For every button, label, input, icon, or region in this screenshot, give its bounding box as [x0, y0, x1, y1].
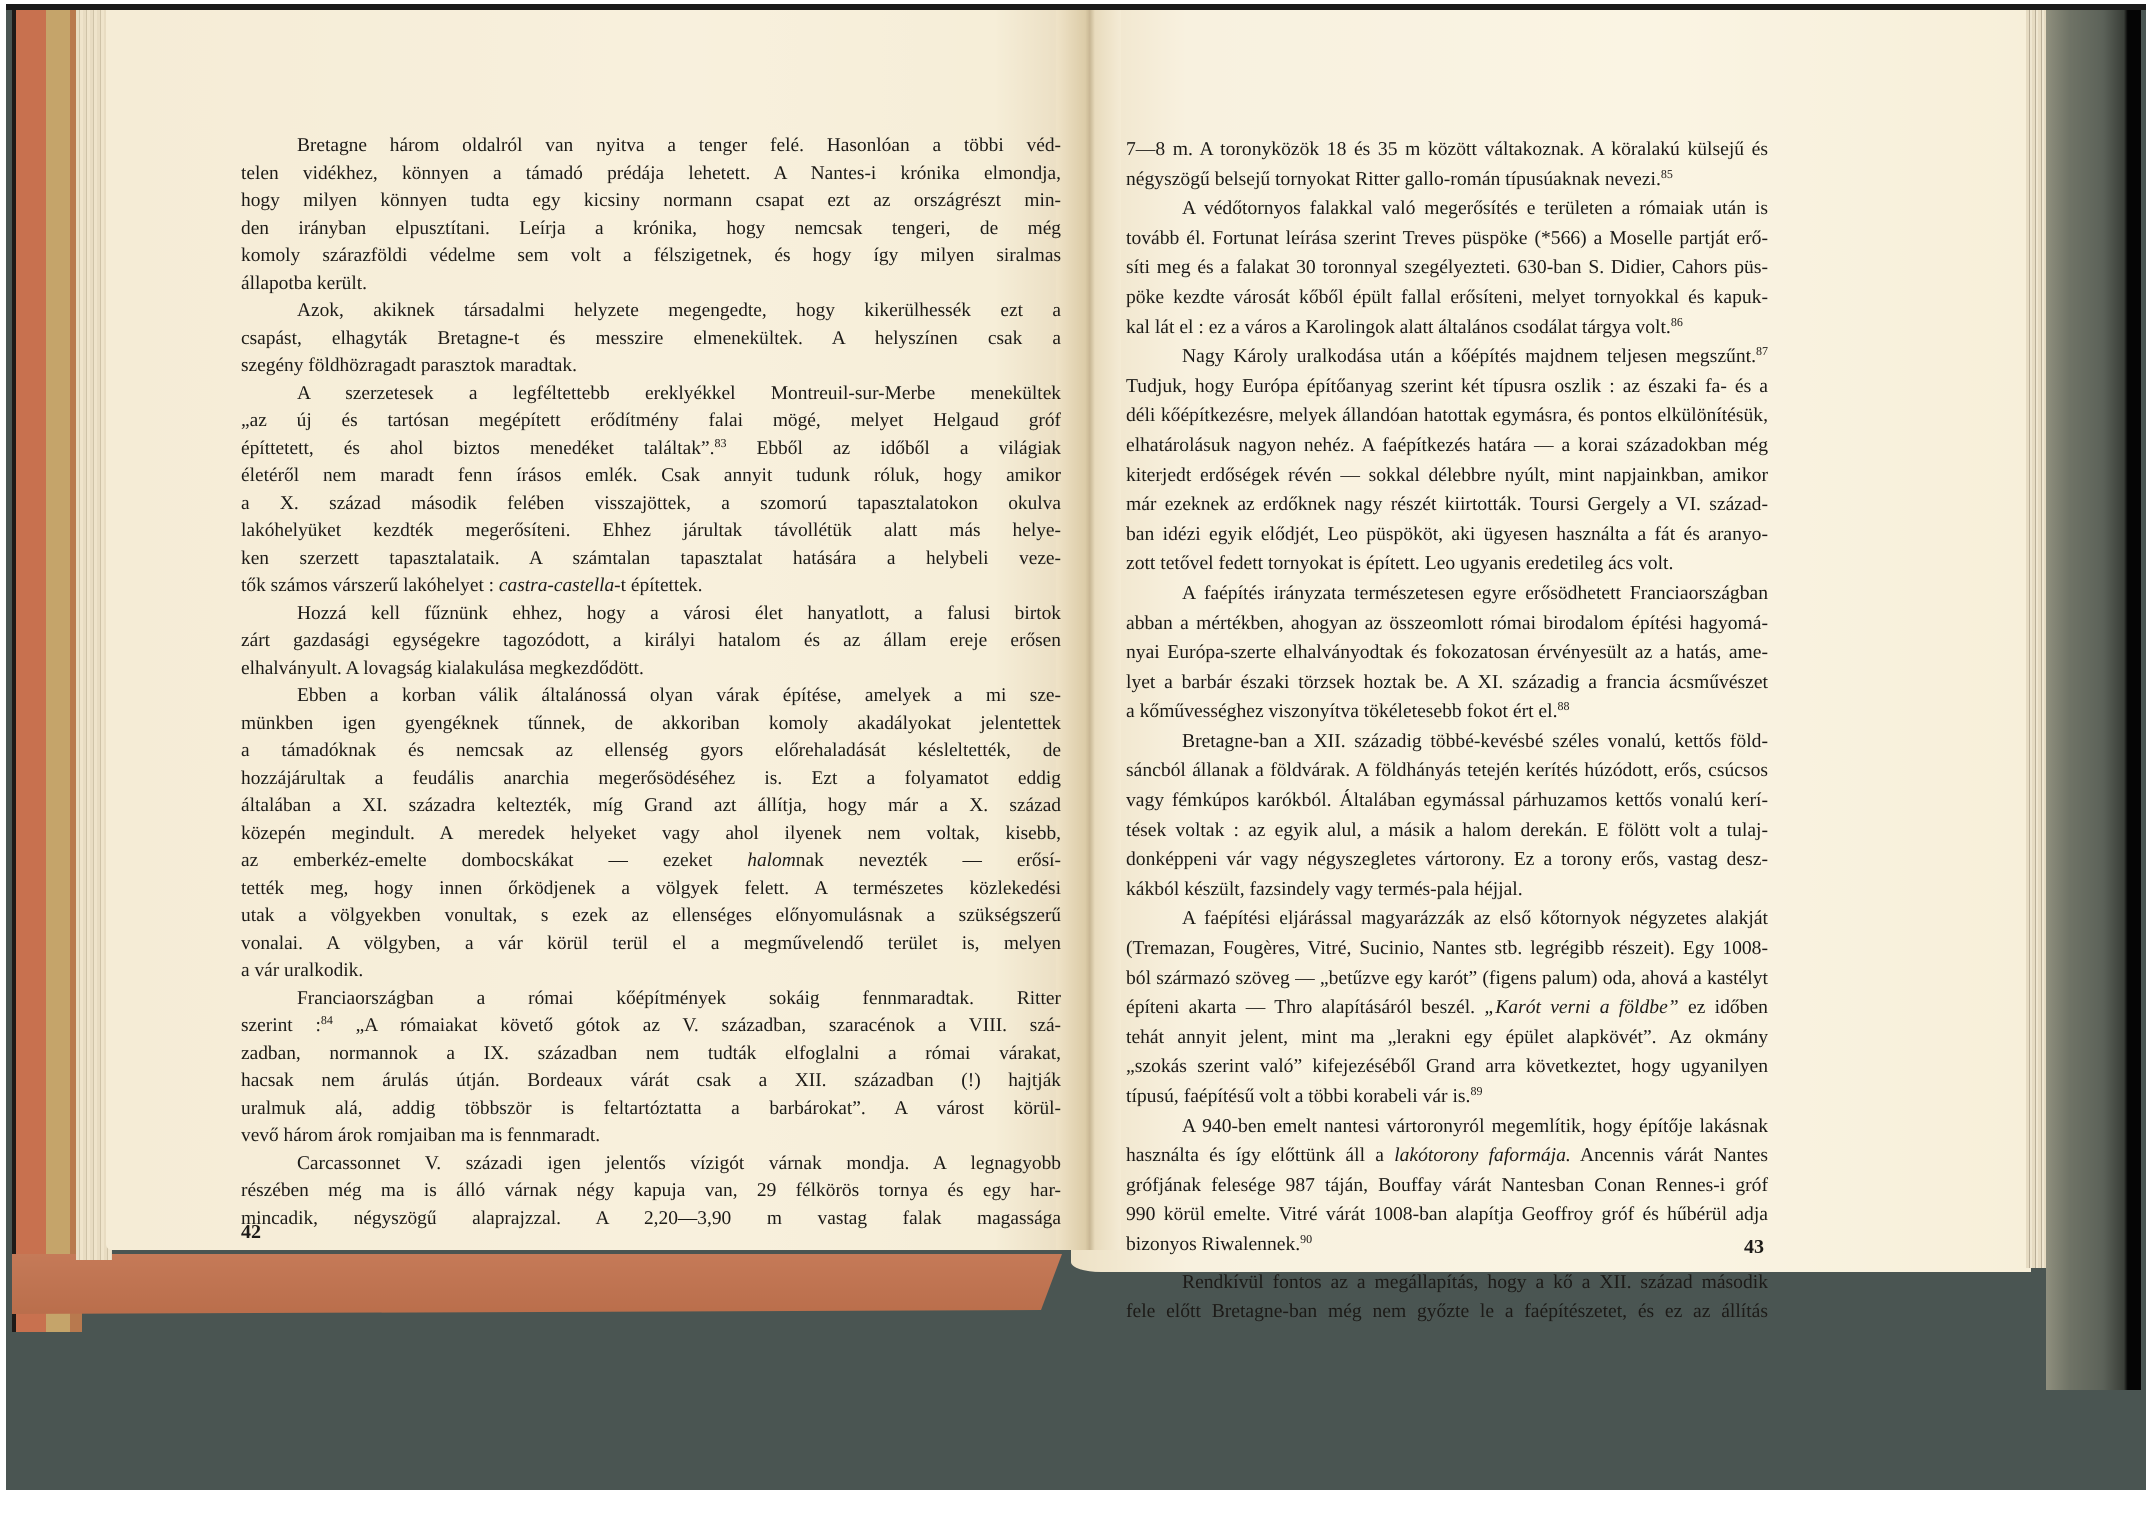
text-line: Nagy Károly uralkodása után a kőépítés m…: [1126, 342, 1768, 372]
text-line: A faépítés irányzata természetesen egyre…: [1126, 579, 1768, 609]
text-line: A védőtornyos falakkal való megerősítés …: [1126, 194, 1768, 224]
text-line: csapást, elhagyták Bretagne-t és messzir…: [241, 325, 1061, 353]
text-line: építtetett, és ahol biztos menedéket tal…: [241, 435, 1061, 463]
text-line: fele előtt Bretagne-ban még nem győzte l…: [1126, 1297, 1768, 1327]
text-line: déli kőépítkezésre, melyek állandóan hat…: [1126, 401, 1768, 431]
text-line: bizonyos Riwalennek.90: [1126, 1230, 1768, 1260]
text-line: A szerzetesek a legféltettebb ereklyékke…: [241, 380, 1061, 408]
text-line: Tudjuk, hogy Európa építőanyag szerint k…: [1126, 372, 1768, 402]
footnote-marker: 86: [1671, 315, 1683, 329]
italic-term: castra-castella: [499, 575, 614, 596]
italic-term: lakótorony faformája.: [1394, 1145, 1571, 1166]
text-line: életéről nem maradt fenn írásos emlék. C…: [241, 462, 1061, 490]
text-line: Carcassonnet V. századi igen jelentős ví…: [241, 1150, 1061, 1178]
text-line: „az új és tartósan megépített erődítmény…: [241, 407, 1061, 435]
text-line: tések voltak : az egyik alul, a másik a …: [1126, 816, 1768, 846]
text-line: a kőművességhez viszonyítva tökéletesebb…: [1126, 697, 1768, 727]
text-line: abban a mértékben, ahogyan az összeomlot…: [1126, 609, 1768, 639]
footnote-marker: 84: [321, 1013, 333, 1027]
text-line: részében még ma is álló várnak négy kapu…: [241, 1177, 1061, 1205]
text-line: általában a XI. századra keltezték, míg …: [241, 792, 1061, 820]
text-line: állapotba került.: [241, 270, 1061, 298]
text-line: sáncból állanak a földvárak. A földhányá…: [1126, 756, 1768, 786]
text-line: közepén megindult. A meredek helyeket va…: [241, 820, 1061, 848]
text-line: (Tremazan, Fougères, Vitré, Sucinio, Nan…: [1126, 934, 1768, 964]
text-line: A 940-ben emelt nantesi vártoronyról meg…: [1126, 1112, 1768, 1142]
text-line: lakóhelyüket kezdték megerősíteni. Ehhez…: [241, 517, 1061, 545]
text-line: grófjának felesége 987 táján, Bouffay vá…: [1126, 1171, 1768, 1201]
text-line: hozzájárultak a feudális anarchia megerő…: [241, 765, 1061, 793]
text-line: A faépítési eljárással magyarázzák az el…: [1126, 904, 1768, 934]
text-line: tették meg, hogy innen őrködjenek a völg…: [241, 875, 1061, 903]
footnote-marker: 88: [1557, 699, 1569, 713]
text-line: münkben igen gyengéknek tűnnek, de akkor…: [241, 710, 1061, 738]
left-page-body-text: Bretagne három oldalról van nyitva a ten…: [241, 132, 1061, 1232]
text-line: Ebben a korban válik általánossá olyan v…: [241, 682, 1061, 710]
text-line: kal lát el : ez a város a Karolingok ala…: [1126, 313, 1768, 343]
text-line: pöke kezdte városát kőből épült fallal e…: [1126, 283, 1768, 313]
text-line: használta és így előttünk áll a lakótoro…: [1126, 1141, 1768, 1171]
footnote-marker: 89: [1470, 1084, 1482, 1098]
text-line: vevő három árok romjaiban ma is fennmara…: [241, 1122, 1061, 1150]
text-line: zott tetővel fedett tornyokat is épített…: [1126, 549, 1768, 579]
text-line: a X. század második felében visszajöttek…: [241, 490, 1061, 518]
text-line: vonalai. A völgyben, a vár körül terül e…: [241, 930, 1061, 958]
text-line: a vár uralkodik.: [241, 957, 1061, 985]
text-line: uralmuk alá, addig többször is feltartóz…: [241, 1095, 1061, 1123]
text-line: tők számos várszerű lakóhelyet : castra-…: [241, 572, 1061, 600]
text-line: Bretagne-ban a XII. századig többé-kevés…: [1126, 727, 1768, 757]
text-line: szegény földhözragadt parasztok maradtak…: [241, 352, 1061, 380]
scan-margin: [0, 1490, 2150, 1516]
book-cover-left-edge: [12, 10, 82, 1332]
left-page-number: 42: [241, 1221, 261, 1244]
text-line: zárt gazdasági egységekre tagozódott, a …: [241, 627, 1061, 655]
book-gutter: [1056, 10, 1121, 1250]
text-line: szerint :84 „A rómaiakat követő gótok az…: [241, 1012, 1061, 1040]
footnote-marker: 85: [1661, 167, 1673, 181]
text-line: 7—8 m. A toronyközök 18 és 35 m között v…: [1126, 135, 1768, 165]
text-line: ból származó szöveg — „betűzve egy karót…: [1126, 964, 1768, 994]
text-line: Franciaországban a római kőépítmények so…: [241, 985, 1061, 1013]
book-spine-right: [2046, 10, 2141, 1390]
text-line: ban idézi egyik elődjét, Leo püspököt, a…: [1126, 520, 1768, 550]
footnote-marker: 83: [714, 436, 726, 450]
text-line: építeni akarta — Thro alapításáról beszé…: [1126, 993, 1768, 1023]
text-line: telen vidékhez, könnyen a támadó prédája…: [241, 160, 1061, 188]
text-line: Bretagne három oldalról van nyitva a ten…: [241, 132, 1061, 160]
text-line: nyai Európa-szerte elhalványodtak és fok…: [1126, 638, 1768, 668]
text-line: „szokás szerint való” kifejezéséből Gran…: [1126, 1052, 1768, 1082]
right-page-number: 43: [1744, 1236, 1764, 1259]
footnote-marker: 90: [1300, 1232, 1312, 1246]
italic-term: „Karót verni a földbe”: [1484, 997, 1678, 1018]
text-line: hacsak nem árulás útján. Bordeaux várát …: [241, 1067, 1061, 1095]
text-line: vagy fémkúpos karókból. Általában egymás…: [1126, 786, 1768, 816]
text-line: den irányban elpusztítani. Leírja a krón…: [241, 215, 1061, 243]
text-line: hogy milyen könnyen tudta egy kicsiny no…: [241, 187, 1061, 215]
page-stack-right: [2026, 10, 2046, 1268]
text-line: ken szerzett tapasztalataik. A számtalan…: [241, 545, 1061, 573]
book-cover-bottom-edge: [12, 1254, 1062, 1334]
italic-term: halom: [747, 850, 795, 871]
text-line: Hozzá kell fűznünk ehhez, hogy a városi …: [241, 600, 1061, 628]
text-line: donképpeni vár vagy négyszegletes vártor…: [1126, 845, 1768, 875]
right-page-body-text: 7—8 m. A toronyközök 18 és 35 m között v…: [1126, 135, 1768, 1327]
book-scan: Bretagne három oldalról van nyitva a ten…: [6, 4, 2146, 1509]
text-line: mincadik, négyszögű alaprajzzal. A 2,20—…: [241, 1205, 1061, 1233]
text-line: négyszögű belsejű tornyokat Ritter gallo…: [1126, 165, 1768, 195]
text-line: elhatárolásuk nagyon nehéz. A faépítkezé…: [1126, 431, 1768, 461]
text-line: utak a völgyekben vonultak, s ezek az el…: [241, 902, 1061, 930]
text-line: lyet a barbár északi törzsek hoztak be. …: [1126, 668, 1768, 698]
text-line: kákból készült, fazsindely vagy termés-p…: [1126, 875, 1768, 905]
text-line: már ezeknek az erdőknek nagy részét kiir…: [1126, 490, 1768, 520]
footnote-marker: 87: [1756, 344, 1768, 358]
text-line: Rendkívül fontos az a megállapítás, hogy…: [1126, 1268, 1768, 1298]
text-line: 990 körül emelte. Vitré várát 1008-ban a…: [1126, 1200, 1768, 1230]
text-line: tovább él. Fortunat leírása szerint Trev…: [1126, 224, 1768, 254]
text-line: kiterjedt erdőségek révén — sokkal déleb…: [1126, 461, 1768, 491]
text-line: Azok, akiknek társadalmi helyzete megeng…: [241, 297, 1061, 325]
text-line: az emberkéz-emelte dombocskákat — ezeket…: [241, 847, 1061, 875]
text-line: típusú, faépítésű volt a többi korabeli …: [1126, 1082, 1768, 1112]
text-line: síti meg és a falakat 30 toronnyal szegé…: [1126, 253, 1768, 283]
text-line: a támadóknak és nemcsak az ellenség gyor…: [241, 737, 1061, 765]
text-line: elhalványult. A lovagság kialakulása meg…: [241, 655, 1061, 683]
text-line: tehát annyit jelent, mint ma „lerakni eg…: [1126, 1023, 1768, 1053]
text-line: komoly szárazföldi védelme sem volt a fé…: [241, 242, 1061, 270]
text-line: zadban, normannok a IX. században nem tu…: [241, 1040, 1061, 1068]
